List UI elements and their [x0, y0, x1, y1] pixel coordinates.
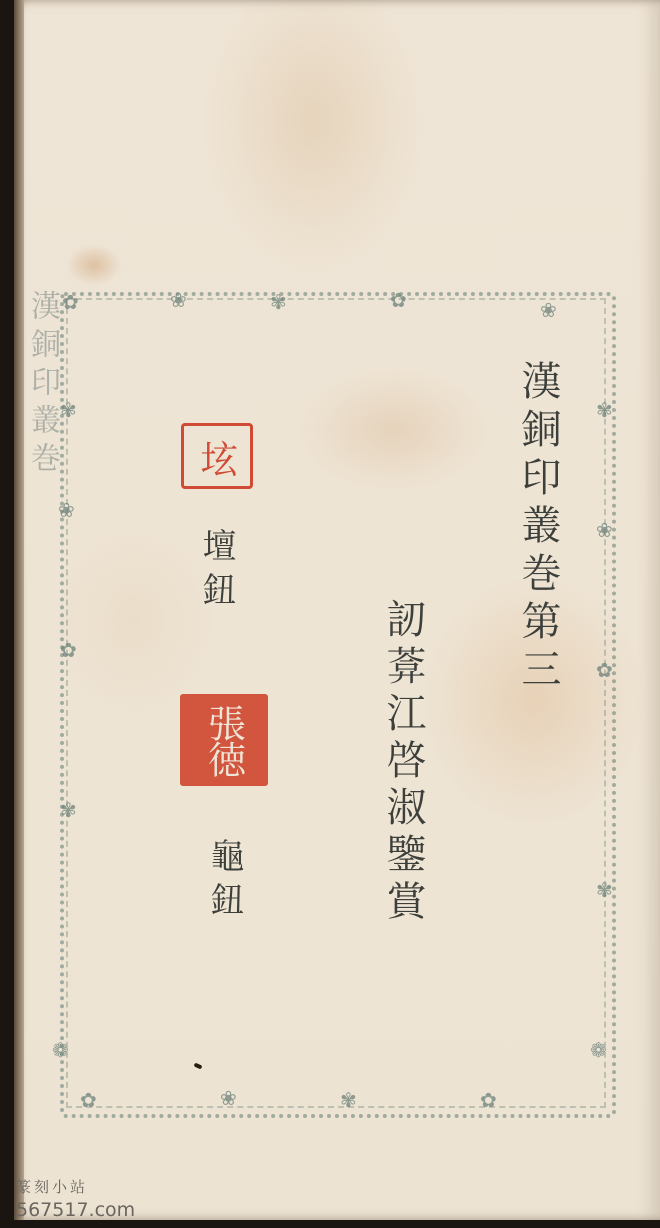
flower-ornament-icon: ❀: [220, 1088, 237, 1108]
flower-ornament-icon: ✿: [80, 1090, 97, 1110]
flower-ornament-icon: ✾: [340, 1090, 357, 1110]
flower-ornament-icon: ✿: [60, 640, 77, 660]
flower-ornament-icon: ❀: [170, 290, 187, 310]
flower-ornament-icon: ✿: [390, 290, 407, 310]
flower-ornament-icon: ❀: [540, 300, 557, 320]
flower-ornament-icon: ✾: [270, 292, 287, 312]
watermark: 篆刻小站 567517.com: [16, 1176, 135, 1221]
seal-impression-1: 𡊨: [181, 423, 253, 489]
flower-ornament-icon: ✾: [60, 400, 77, 420]
flower-ornament-icon: ✿: [596, 660, 613, 680]
flower-ornament-icon: ❀: [58, 500, 75, 520]
flower-ornament-icon: ❁: [52, 1040, 69, 1060]
seal-caption-2: 龜鈕: [200, 838, 249, 926]
flower-ornament-icon: ✿: [480, 1090, 497, 1110]
flower-ornament-icon: ✾: [596, 880, 613, 900]
flower-ornament-icon: ✾: [60, 800, 77, 820]
flower-ornament-icon: ❁: [590, 1040, 607, 1060]
bleed-through-text: 漢銅印叢巻: [20, 290, 64, 480]
collector-appreciation-line: 訒葊江啓淑鑒賞: [375, 598, 432, 927]
page-spine-edge: [14, 0, 24, 1220]
watermark-site-name: 篆刻小站: [16, 1176, 135, 1197]
watermark-url: 567517.com: [16, 1199, 135, 1221]
flower-ornament-icon: ❀: [596, 520, 613, 540]
volume-title: 漢銅印叢巻第三: [510, 360, 567, 696]
flower-ornament-icon: ✾: [596, 400, 613, 420]
seal-caption-1: 壇鈕: [192, 528, 241, 616]
seal-impression-2: 張徳: [180, 694, 268, 786]
flower-ornament-icon: ✿: [62, 292, 79, 312]
